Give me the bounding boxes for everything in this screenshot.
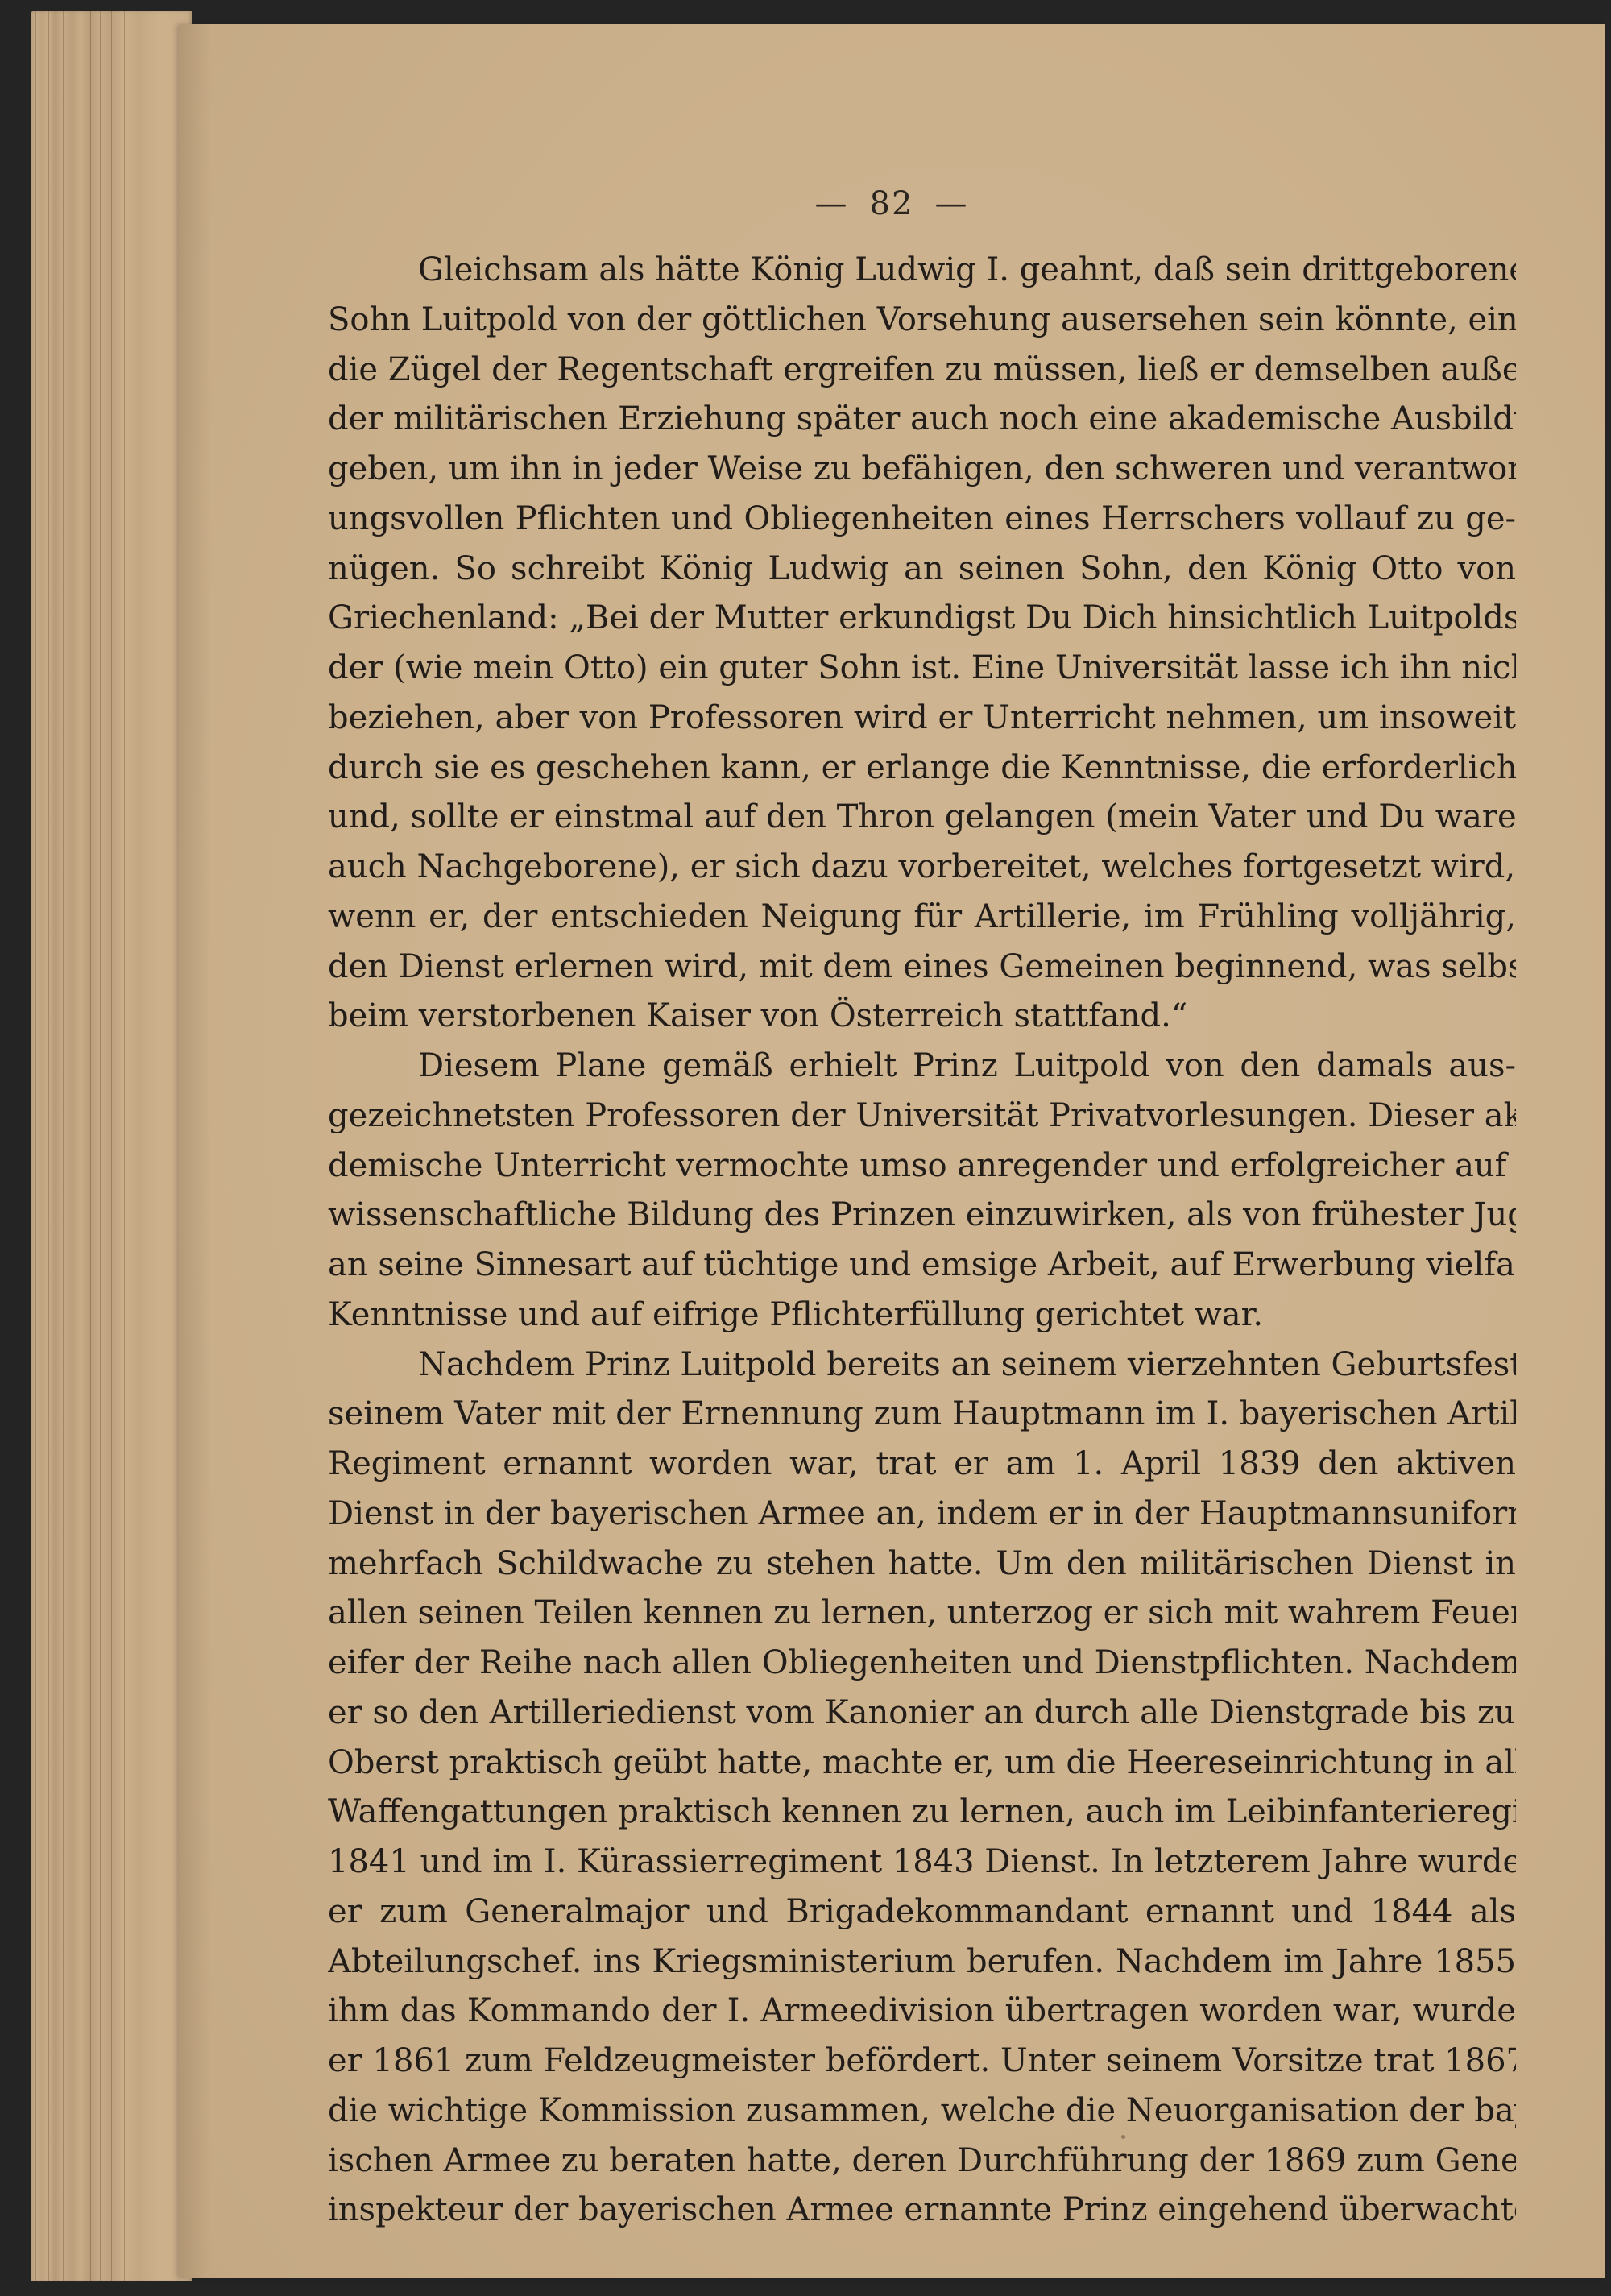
text-line: wissenschaftliche Bildung des Prinzen ei… [328, 1191, 1516, 1241]
text-line: Regiment ernannt worden war, trat er am … [328, 1440, 1516, 1490]
text-line: und, sollte er einstmal auf den Thron ge… [328, 793, 1516, 843]
gutter-shadow [179, 24, 211, 2278]
text-line: Dienst in der bayerischen Armee an, inde… [328, 1490, 1516, 1540]
text-line: Nachdem Prinz Luitpold bereits an seinem… [328, 1341, 1516, 1390]
text-line: seinem Vater mit der Ernennung zum Haupt… [328, 1390, 1516, 1440]
text-line: Waffengattungen praktisch kennen zu lern… [328, 1788, 1516, 1838]
text-line: den Dienst erlernen wird, mit dem eines … [328, 943, 1516, 993]
page-edge-line [100, 11, 101, 2281]
text-line: an seine Sinnesart auf tüchtige und emsi… [328, 1241, 1516, 1291]
text-line: er zum Generalmajor und Brigadekommandan… [328, 1888, 1516, 1938]
text-line: Griechenland: „Bei der Mutter erkundigst… [328, 594, 1516, 644]
page-edge-line [111, 11, 112, 2281]
body-text: Gleichsam als hätte König Ludwig I. geah… [328, 246, 1516, 2236]
page-edge-line [63, 11, 64, 2281]
page-number-dash-left: — [815, 185, 849, 222]
text-line: auch Nachgeborene), er sich dazu vorbere… [328, 843, 1516, 893]
text-line: ungsvollen Pflichten und Obliegenheiten … [328, 495, 1516, 545]
text-line: inspekteur der bayerischen Armee ernannt… [328, 2186, 1516, 2236]
text-line: Diesem Plane gemäß erhielt Prinz Luitpol… [328, 1042, 1516, 1092]
page-edge-line [90, 11, 91, 2281]
text-line: der militärischen Erziehung später auch … [328, 395, 1516, 445]
page-edge-line [124, 11, 125, 2281]
page-number-header: —82— [179, 185, 1605, 222]
text-line: nügen. So schreibt König Ludwig an seine… [328, 545, 1516, 595]
page-number: 82 [870, 185, 914, 222]
text-line: Kenntnisse und auf eifrige Pflichterfüll… [328, 1291, 1516, 1341]
text-line: er 1861 zum Feldzeugmeister befördert. U… [328, 2037, 1516, 2087]
text-line: er so den Artilleriedienst vom Kanonier … [328, 1689, 1516, 1739]
text-line: wenn er, der entschieden Neigung für Art… [328, 893, 1516, 943]
text-line: eifer der Reihe nach allen Obliegenheite… [328, 1639, 1516, 1689]
text-line: beim verstorbenen Kaiser von Österreich … [328, 992, 1516, 1042]
page-number-dash-right: — [934, 185, 968, 222]
paper-speck [1121, 2135, 1125, 2139]
text-line: Gleichsam als hätte König Ludwig I. geah… [328, 246, 1516, 296]
page-stack-edges [31, 11, 192, 2281]
text-line: demische Unterricht vermochte umso anreg… [328, 1142, 1516, 1192]
text-line: mehrfach Schildwache zu stehen hatte. Um… [328, 1540, 1516, 1589]
text-line: ischen Armee zu beraten hatte, deren Dur… [328, 2136, 1516, 2186]
text-line: Oberst praktisch geübt hatte, machte er,… [328, 1739, 1516, 1788]
text-line: Sohn Luitpold von der göttlichen Vorsehu… [328, 296, 1516, 346]
text-line: 1841 und im I. Kürassierregiment 1843 Di… [328, 1838, 1516, 1888]
text-line: die wichtige Kommission zusammen, welche… [328, 2087, 1516, 2136]
text-line: Abteilungschef. ins Kriegsministerium be… [328, 1938, 1516, 1987]
text-line: durch sie es geschehen kann, er erlange … [328, 744, 1516, 794]
text-line: ihm das Kommando der I. Armeedivision üb… [328, 1987, 1516, 2037]
text-line: die Zügel der Regentschaft ergreifen zu … [328, 346, 1516, 396]
page-edge-line [48, 11, 49, 2281]
page-edge-line [81, 11, 81, 2281]
text-line: gezeichnetsten Professoren der Universit… [328, 1092, 1516, 1142]
page-edge-line [35, 11, 36, 2281]
text-line: allen seinen Teilen kennen zu lernen, un… [328, 1589, 1516, 1639]
text-line: geben, um ihn in jeder Weise zu befähige… [328, 445, 1516, 495]
scanned-book-scene: —82— Gleichsam als hätte König Ludwig I.… [0, 0, 1611, 2296]
text-line: beziehen, aber von Professoren wird er U… [328, 694, 1516, 744]
page-edge-line [139, 11, 139, 2281]
book-page: —82— Gleichsam als hätte König Ludwig I.… [179, 24, 1605, 2278]
text-line: der (wie mein Otto) ein guter Sohn ist. … [328, 644, 1516, 694]
